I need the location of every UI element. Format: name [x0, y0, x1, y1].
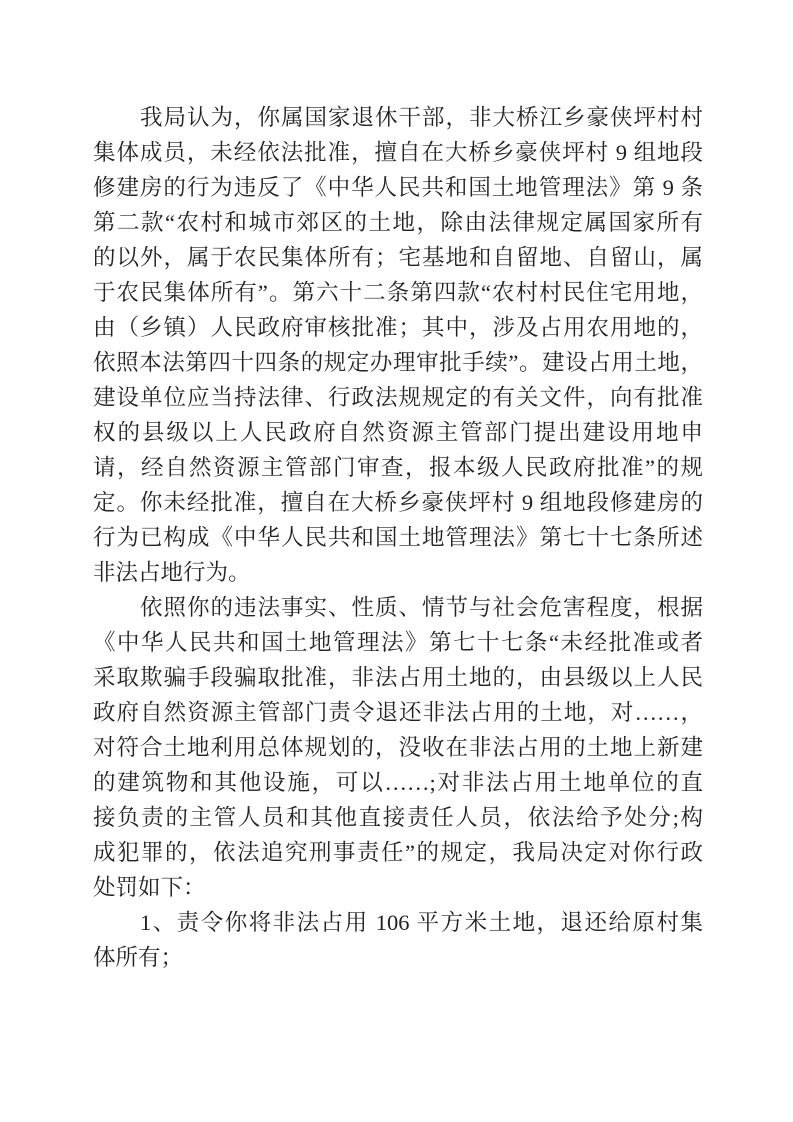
text-line: 建设单位应当持法律、行政法规规定的有关文件，向有批准 — [93, 380, 703, 415]
text-line: 行为已构成《中华人民共和国土地管理法》第七十七条所述 — [93, 520, 703, 555]
paragraph: 1、责令你将非法占用 106 平方米土地，退还给原村集体所有； — [93, 905, 703, 975]
text-line: 于农民集体所有”。第六十二条第四款“农村村民住宅用地， — [93, 275, 703, 310]
text-line: 由（乡镇）人民政府审核批准；其中，涉及占用农用地的， — [93, 310, 703, 345]
text-line: 处罚如下： — [93, 870, 703, 905]
text-line: 的建筑物和其他设施，可以……;对非法占用土地单位的直 — [93, 765, 703, 800]
text-line: 依照本法第四十四条的规定办理审批手续”。建设占用土地， — [93, 345, 703, 380]
text-line: 依照你的违法事实、性质、情节与社会危害程度，根据 — [93, 590, 703, 625]
text-line: 我局认为，你属国家退休干部，非大桥江乡豪侠坪村村 — [93, 100, 703, 135]
text-line: 定。你未经批准，擅自在大桥乡豪侠坪村 9 组地段修建房的 — [93, 485, 703, 520]
text-line: 非法占地行为。 — [93, 555, 703, 590]
text-line: 对符合土地利用总体规划的，没收在非法占用的土地上新建 — [93, 730, 703, 765]
document-body: 我局认为，你属国家退休干部，非大桥江乡豪侠坪村村集体成员，未经依法批准，擅自在大… — [93, 100, 703, 975]
text-line: 第二款“农村和城市郊区的土地，除由法律规定属国家所有 — [93, 205, 703, 240]
text-line: 的以外，属于农民集体所有；宅基地和自留地、自留山，属 — [93, 240, 703, 275]
text-line: 请，经自然资源主管部门审查，报本级人民政府批准”的规 — [93, 450, 703, 485]
paragraph: 依照你的违法事实、性质、情节与社会危害程度，根据《中华人民共和国土地管理法》第七… — [93, 590, 703, 905]
text-line: 接负责的主管人员和其他直接责任人员，依法给予处分;构 — [93, 800, 703, 835]
text-line: 1、责令你将非法占用 106 平方米土地，退还给原村集 — [93, 905, 703, 940]
text-line: 体所有； — [93, 940, 703, 975]
text-line: 采取欺骗手段骗取批准，非法占用土地的，由县级以上人民 — [93, 660, 703, 695]
text-line: 成犯罪的，依法追究刑事责任”的规定，我局决定对你行政 — [93, 835, 703, 870]
document-page: 我局认为，你属国家退休干部，非大桥江乡豪侠坪村村集体成员，未经依法批准，擅自在大… — [0, 0, 793, 1122]
text-line: 《中华人民共和国土地管理法》第七十七条“未经批准或者 — [93, 625, 703, 660]
text-line: 集体成员，未经依法批准，擅自在大桥乡豪侠坪村 9 组地段 — [93, 135, 703, 170]
paragraph: 我局认为，你属国家退休干部，非大桥江乡豪侠坪村村集体成员，未经依法批准，擅自在大… — [93, 100, 703, 590]
text-line: 权的县级以上人民政府自然资源主管部门提出建设用地申 — [93, 415, 703, 450]
text-line: 政府自然资源主管部门责令退还非法占用的土地，对……， — [93, 695, 703, 730]
text-line: 修建房的行为违反了《中华人民共和国土地管理法》第 9 条 — [93, 170, 703, 205]
